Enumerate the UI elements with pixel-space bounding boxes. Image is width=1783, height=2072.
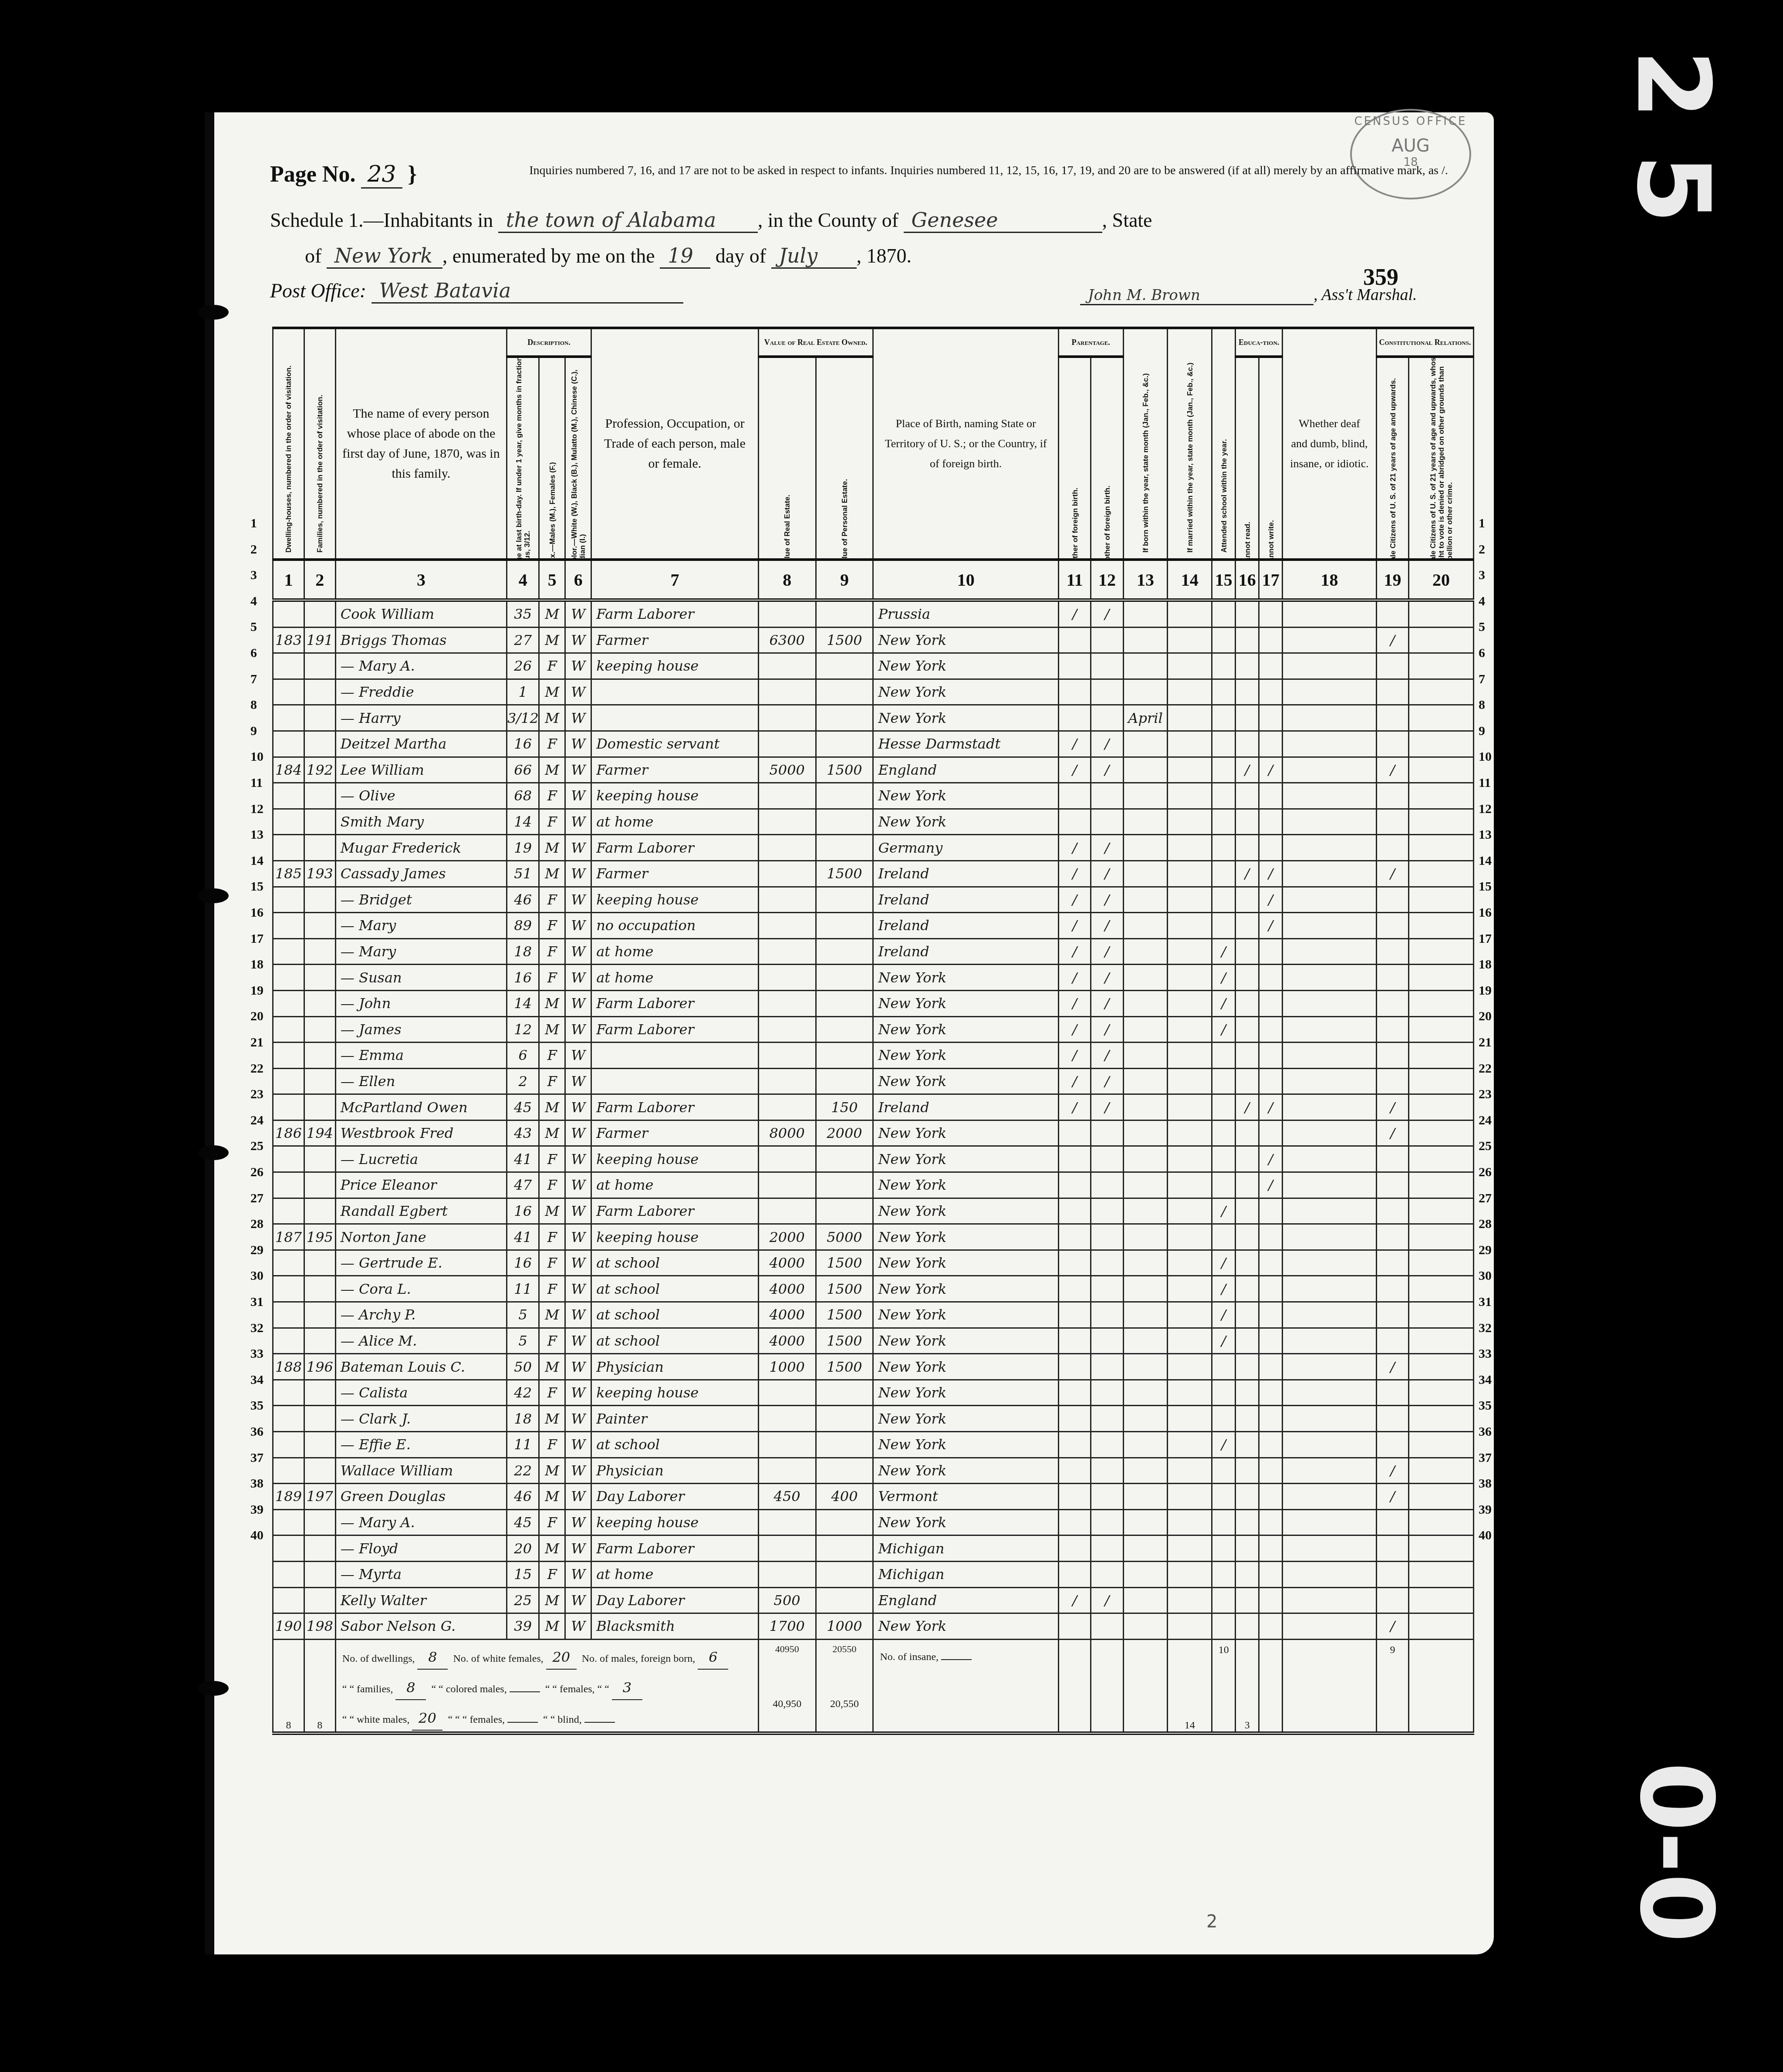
father-foreign (1058, 1302, 1091, 1328)
birthplace: New York (873, 783, 1059, 809)
summary-foreign-males: 6 (698, 1645, 728, 1670)
cannot-write: / (1259, 887, 1283, 913)
born-month (1123, 1043, 1168, 1069)
disability (1283, 1354, 1377, 1380)
family-number (304, 653, 335, 679)
color: W (565, 861, 591, 887)
age: 45 (507, 1509, 539, 1535)
married-month (1168, 1432, 1212, 1458)
cannot-read (1236, 627, 1259, 653)
born-month (1123, 1561, 1168, 1587)
attended-school: / (1212, 1250, 1236, 1276)
line-number: 12 (1479, 802, 1492, 817)
line-number: 27 (250, 1191, 263, 1206)
person-name: — Harry (335, 705, 507, 731)
table-row: Price Eleanor47FWat homeNew York/ (273, 1172, 1474, 1198)
sex: M (539, 1016, 565, 1043)
real-estate-value: 4000 (758, 1328, 816, 1354)
real-estate-value: 1000 (758, 1354, 816, 1380)
mother-foreign (1091, 1328, 1123, 1354)
male-citizen (1376, 705, 1408, 731)
family-number: 193 (304, 861, 335, 887)
line-number: 19 (250, 983, 263, 998)
married-month (1168, 1068, 1212, 1094)
father-foreign: / (1058, 757, 1091, 783)
vote-denied (1409, 1432, 1474, 1458)
sex: F (539, 1380, 565, 1406)
born-month (1123, 1535, 1168, 1562)
person-name: — Ellen (335, 1068, 507, 1094)
male-citizen (1376, 809, 1408, 835)
line-number: 23 (1479, 1087, 1492, 1102)
age: 89 (507, 913, 539, 939)
person-name: — Archy P. (335, 1302, 507, 1328)
father-foreign (1058, 1509, 1091, 1535)
vote-denied (1409, 1328, 1474, 1354)
vote-denied (1409, 861, 1474, 887)
male-citizen: / (1376, 1484, 1408, 1510)
cannot-read (1236, 1224, 1259, 1250)
color: W (565, 1484, 591, 1510)
married-month (1168, 861, 1212, 887)
header-cannot-write: Cannot write. (1259, 357, 1283, 560)
cannot-read (1236, 600, 1259, 627)
occupation: Physician (591, 1458, 759, 1484)
real-estate-value: 4000 (758, 1302, 816, 1328)
real-estate-value (758, 990, 816, 1016)
attended-school (1212, 887, 1236, 913)
cannot-read (1236, 1250, 1259, 1276)
table-row: — Olive68FWkeeping houseNew York (273, 783, 1474, 809)
real-estate-value (758, 1561, 816, 1587)
male-citizen: / (1376, 1458, 1408, 1484)
disability (1283, 913, 1377, 939)
cannot-write (1259, 1432, 1283, 1458)
line-number: 22 (250, 1061, 263, 1076)
personal-estate-value (816, 965, 873, 991)
table-row: 186194Westbrook Fred43MWFarmer80002000Ne… (273, 1120, 1474, 1146)
occupation: Day Laborer (591, 1484, 759, 1510)
color: W (565, 653, 591, 679)
line-number: 8 (250, 698, 257, 712)
color: W (565, 809, 591, 835)
cannot-read (1236, 1016, 1259, 1043)
attended-school (1212, 809, 1236, 835)
personal-estate-value (816, 705, 873, 731)
age: 14 (507, 809, 539, 835)
vote-denied (1409, 757, 1474, 783)
real-estate-value: 450 (758, 1484, 816, 1510)
person-name: Cook William (335, 600, 507, 627)
summary-citizens-total: 9 (1376, 1639, 1408, 1733)
summary-real-estate: 40950 40,950 (758, 1639, 816, 1733)
person-name: — Freddie (335, 679, 507, 705)
male-citizen (1376, 731, 1408, 757)
mother-foreign (1091, 679, 1123, 705)
family-number (304, 679, 335, 705)
table-row: 184192Lee William66MWFarmer50001500Engla… (273, 757, 1474, 783)
table-row: 189197Green Douglas46MWDay Laborer450400… (273, 1484, 1474, 1510)
real-estate-value (758, 1146, 816, 1172)
summary-blind (584, 1722, 615, 1723)
birthplace: New York (873, 1146, 1059, 1172)
disability (1283, 1587, 1377, 1613)
occupation: Farm Laborer (591, 600, 759, 627)
mother-foreign: / (1091, 938, 1123, 965)
color: W (565, 731, 591, 757)
occupation: Farm Laborer (591, 1094, 759, 1120)
father-foreign: / (1058, 1094, 1091, 1120)
married-month (1168, 1458, 1212, 1484)
column-number: 9 (816, 560, 873, 600)
cannot-write (1259, 1458, 1283, 1484)
table-row: — Alice M.5FWat school40001500New York/ (273, 1328, 1474, 1354)
line-number: 25 (1479, 1139, 1492, 1154)
cannot-write (1259, 783, 1283, 809)
family-number (304, 731, 335, 757)
cannot-read (1236, 1068, 1259, 1094)
attended-school: / (1212, 1276, 1236, 1302)
dwelling-number (273, 1146, 304, 1172)
person-name: Cassady James (335, 861, 507, 887)
sex: M (539, 990, 565, 1016)
born-month (1123, 627, 1168, 653)
vote-denied (1409, 1198, 1474, 1224)
married-month (1168, 679, 1212, 705)
real-estate-value (758, 809, 816, 835)
sex: M (539, 1535, 565, 1562)
line-number: 2 (250, 542, 257, 557)
birthplace: New York (873, 1613, 1059, 1640)
color: W (565, 600, 591, 627)
disability (1283, 965, 1377, 991)
column-number: 11 (1058, 560, 1091, 600)
attended-school (1212, 1172, 1236, 1198)
age: 46 (507, 1484, 539, 1510)
real-estate-value (758, 653, 816, 679)
disability (1283, 731, 1377, 757)
table-row: 190198Sabor Nelson G.39MWBlacksmith17001… (273, 1613, 1474, 1640)
dwelling-number (273, 1535, 304, 1562)
father-foreign: / (1058, 731, 1091, 757)
summary-white-males: 20 (412, 1706, 442, 1731)
line-number: 31 (1479, 1295, 1492, 1309)
married-month (1168, 731, 1212, 757)
schedule-line: Schedule 1.—Inhabitants in the town of A… (270, 208, 1152, 233)
disability (1283, 1146, 1377, 1172)
sex: F (539, 965, 565, 991)
personal-estate-value (816, 731, 873, 757)
table-row: — Mary A.26FWkeeping houseNew York (273, 653, 1474, 679)
family-number: 197 (304, 1484, 335, 1510)
disability (1283, 1302, 1377, 1328)
color: W (565, 887, 591, 913)
line-number: 11 (250, 776, 263, 790)
table-row: — Mary89FWno occupationIreland/// (273, 913, 1474, 939)
line-number: 28 (1479, 1217, 1492, 1232)
sex: F (539, 938, 565, 965)
mother-foreign (1091, 1120, 1123, 1146)
male-citizen (1376, 1016, 1408, 1043)
family-number (304, 809, 335, 835)
married-month (1168, 1250, 1212, 1276)
disability (1283, 783, 1377, 809)
column-number: 14 (1168, 560, 1212, 600)
vote-denied (1409, 1380, 1474, 1406)
born-month (1123, 1016, 1168, 1043)
disability (1283, 1432, 1377, 1458)
age: 18 (507, 938, 539, 965)
summary-cannot-read-total: 10 (1212, 1639, 1236, 1733)
sex: F (539, 1328, 565, 1354)
line-number: 36 (250, 1424, 263, 1439)
person-name: Deitzel Martha (335, 731, 507, 757)
person-name: — James (335, 1016, 507, 1043)
personal-estate-value (816, 1458, 873, 1484)
person-name: Kelly Walter (335, 1587, 507, 1613)
birthplace: England (873, 1587, 1059, 1613)
father-foreign: / (1058, 835, 1091, 861)
birthplace: New York (873, 1302, 1059, 1328)
disability (1283, 1043, 1377, 1069)
disability (1283, 1406, 1377, 1432)
disability (1283, 1380, 1377, 1406)
cannot-read (1236, 1146, 1259, 1172)
male-citizen (1376, 600, 1408, 627)
disability (1283, 887, 1377, 913)
mother-foreign (1091, 1224, 1123, 1250)
family-number (304, 835, 335, 861)
personal-estate-value (816, 1406, 873, 1432)
cannot-read: / (1236, 757, 1259, 783)
mother-foreign: / (1091, 1094, 1123, 1120)
line-number: 14 (1479, 854, 1492, 868)
line-number: 37 (1479, 1451, 1492, 1465)
header-age: Age at last birth-day. If under 1 year, … (507, 357, 539, 560)
age: 50 (507, 1354, 539, 1380)
header-disability: Whether deaf and dumb, blind, insane, or… (1283, 328, 1377, 560)
marshal-signature: John M. Brown, Ass't Marshal. (1080, 285, 1417, 305)
sex: F (539, 1068, 565, 1094)
father-foreign (1058, 1224, 1091, 1250)
sex: M (539, 1484, 565, 1510)
occupation: Farmer (591, 861, 759, 887)
dwelling-number: 186 (273, 1120, 304, 1146)
table-row: Wallace William22MWPhysicianNew York/ (273, 1458, 1474, 1484)
sex: M (539, 1406, 565, 1432)
personal-estate-value (816, 1509, 873, 1535)
table-row: — Effie E.11FWat schoolNew York/ (273, 1432, 1474, 1458)
line-number: 19 (1479, 983, 1492, 998)
personal-estate-value (816, 783, 873, 809)
cannot-write (1259, 1043, 1283, 1069)
header-real-estate-group: Value of Real Estate Owned. (758, 328, 873, 357)
married-month (1168, 600, 1212, 627)
sex: M (539, 1198, 565, 1224)
attended-school (1212, 627, 1236, 653)
occupation: at home (591, 1172, 759, 1198)
disability (1283, 1016, 1377, 1043)
personal-estate-value (816, 1172, 873, 1198)
header-married-month: If married within the year, state month … (1168, 328, 1212, 560)
header-family: Families, numbered in the order of visit… (304, 328, 335, 560)
father-foreign: / (1058, 938, 1091, 965)
table-row: Kelly Walter25MWDay Laborer500England// (273, 1587, 1474, 1613)
vote-denied (1409, 783, 1474, 809)
family-number (304, 783, 335, 809)
family-number (304, 965, 335, 991)
column-number: 15 (1212, 560, 1236, 600)
married-month (1168, 705, 1212, 731)
born-month (1123, 1094, 1168, 1120)
male-citizen (1376, 1276, 1408, 1302)
family-number: 195 (304, 1224, 335, 1250)
occupation (591, 1043, 759, 1069)
age: 12 (507, 1016, 539, 1043)
birthplace: New York (873, 1016, 1059, 1043)
person-name: — Mary A. (335, 653, 507, 679)
disability (1283, 757, 1377, 783)
male-citizen (1376, 1561, 1408, 1587)
person-name: Mugar Frederick (335, 835, 507, 861)
personal-estate-value: 1500 (816, 1354, 873, 1380)
table-row: — Gertrude E.16FWat school40001500New Yo… (273, 1250, 1474, 1276)
real-estate-value (758, 600, 816, 627)
mother-foreign (1091, 627, 1123, 653)
born-month (1123, 809, 1168, 835)
real-estate-value: 8000 (758, 1120, 816, 1146)
occupation: keeping house (591, 1380, 759, 1406)
cannot-read (1236, 1458, 1259, 1484)
color: W (565, 1509, 591, 1535)
vote-denied (1409, 1302, 1474, 1328)
vote-denied (1409, 835, 1474, 861)
line-number: 3 (250, 568, 257, 583)
age: 46 (507, 887, 539, 913)
personal-estate-value: 1000 (816, 1613, 873, 1640)
sex: M (539, 627, 565, 653)
disability (1283, 990, 1377, 1016)
color: W (565, 1120, 591, 1146)
occupation: at school (591, 1432, 759, 1458)
born-month (1123, 1172, 1168, 1198)
person-name: Price Eleanor (335, 1172, 507, 1198)
married-month (1168, 1043, 1212, 1069)
age: 27 (507, 627, 539, 653)
born-month (1123, 1432, 1168, 1458)
occupation: keeping house (591, 1509, 759, 1535)
birthplace: New York (873, 705, 1059, 731)
real-estate-value (758, 965, 816, 991)
family-number (304, 1276, 335, 1302)
age: 68 (507, 783, 539, 809)
male-citizen: / (1376, 1094, 1408, 1120)
person-name: — Susan (335, 965, 507, 991)
cannot-read (1236, 1043, 1259, 1069)
father-foreign (1058, 809, 1091, 835)
cannot-read: / (1236, 861, 1259, 887)
sex: F (539, 1043, 565, 1069)
cannot-write (1259, 705, 1283, 731)
color: W (565, 627, 591, 653)
attended-school (1212, 679, 1236, 705)
born-month (1123, 731, 1168, 757)
cannot-read (1236, 1302, 1259, 1328)
vote-denied (1409, 938, 1474, 965)
month-field: July (771, 244, 857, 269)
family-number: 192 (304, 757, 335, 783)
cannot-write (1259, 600, 1283, 627)
table-row: — James12MWFarm LaborerNew York/// (273, 1016, 1474, 1043)
occupation: keeping house (591, 653, 759, 679)
attended-school (1212, 1068, 1236, 1094)
disability (1283, 679, 1377, 705)
line-number: 20 (1479, 1009, 1492, 1024)
vote-denied (1409, 1587, 1474, 1613)
personal-estate-value: 5000 (816, 1224, 873, 1250)
vote-denied (1409, 990, 1474, 1016)
born-month (1123, 600, 1168, 627)
father-foreign (1058, 679, 1091, 705)
age: 3/12 (507, 705, 539, 731)
mother-foreign: / (1091, 600, 1123, 627)
person-name: Westbrook Fred (335, 1120, 507, 1146)
line-number: 2 (1479, 542, 1485, 557)
line-number: 32 (250, 1321, 263, 1336)
mother-foreign (1091, 1406, 1123, 1432)
person-name: Smith Mary (335, 809, 507, 835)
vote-denied (1409, 1120, 1474, 1146)
table-row: — Lucretia41FWkeeping houseNew York/ (273, 1146, 1474, 1172)
real-estate-value: 1700 (758, 1613, 816, 1640)
male-citizen (1376, 1068, 1408, 1094)
birthplace: Ireland (873, 938, 1059, 965)
cannot-write (1259, 731, 1283, 757)
cannot-write (1259, 1587, 1283, 1613)
line-number: 17 (1479, 931, 1492, 946)
cannot-read (1236, 1587, 1259, 1613)
line-number: 4 (1479, 594, 1485, 609)
mother-foreign (1091, 809, 1123, 835)
person-name: Lee William (335, 757, 507, 783)
attended-school (1212, 1587, 1236, 1613)
table-row: — Calista42FWkeeping houseNew York (273, 1380, 1474, 1406)
father-foreign (1058, 1613, 1091, 1640)
summary-colored-females (507, 1722, 538, 1723)
column-number: 10 (873, 560, 1059, 600)
person-name: — Bridget (335, 887, 507, 913)
header-sex: Sex.—Males (M.), Females (F.) (539, 357, 565, 560)
summary-cannot-write-total: 3 (1236, 1639, 1259, 1733)
vote-denied (1409, 1094, 1474, 1120)
attended-school (1212, 600, 1236, 627)
line-number: 5 (1479, 620, 1485, 634)
summary-counts: No. of dwellings, 8 No. of white females… (335, 1639, 758, 1733)
summary-row: 8 8 No. of dwellings, 8 No. of white fem… (273, 1639, 1474, 1733)
disability (1283, 809, 1377, 835)
married-month (1168, 1406, 1212, 1432)
cannot-read (1236, 1484, 1259, 1510)
personal-estate-value (816, 1561, 873, 1587)
cannot-write (1259, 1613, 1283, 1640)
dwelling-number (273, 887, 304, 913)
personal-estate-value: 1500 (816, 1328, 873, 1354)
personal-estate-value (816, 1432, 873, 1458)
cannot-read (1236, 679, 1259, 705)
male-citizen (1376, 1250, 1408, 1276)
dwelling-number (273, 1068, 304, 1094)
cannot-read (1236, 1380, 1259, 1406)
